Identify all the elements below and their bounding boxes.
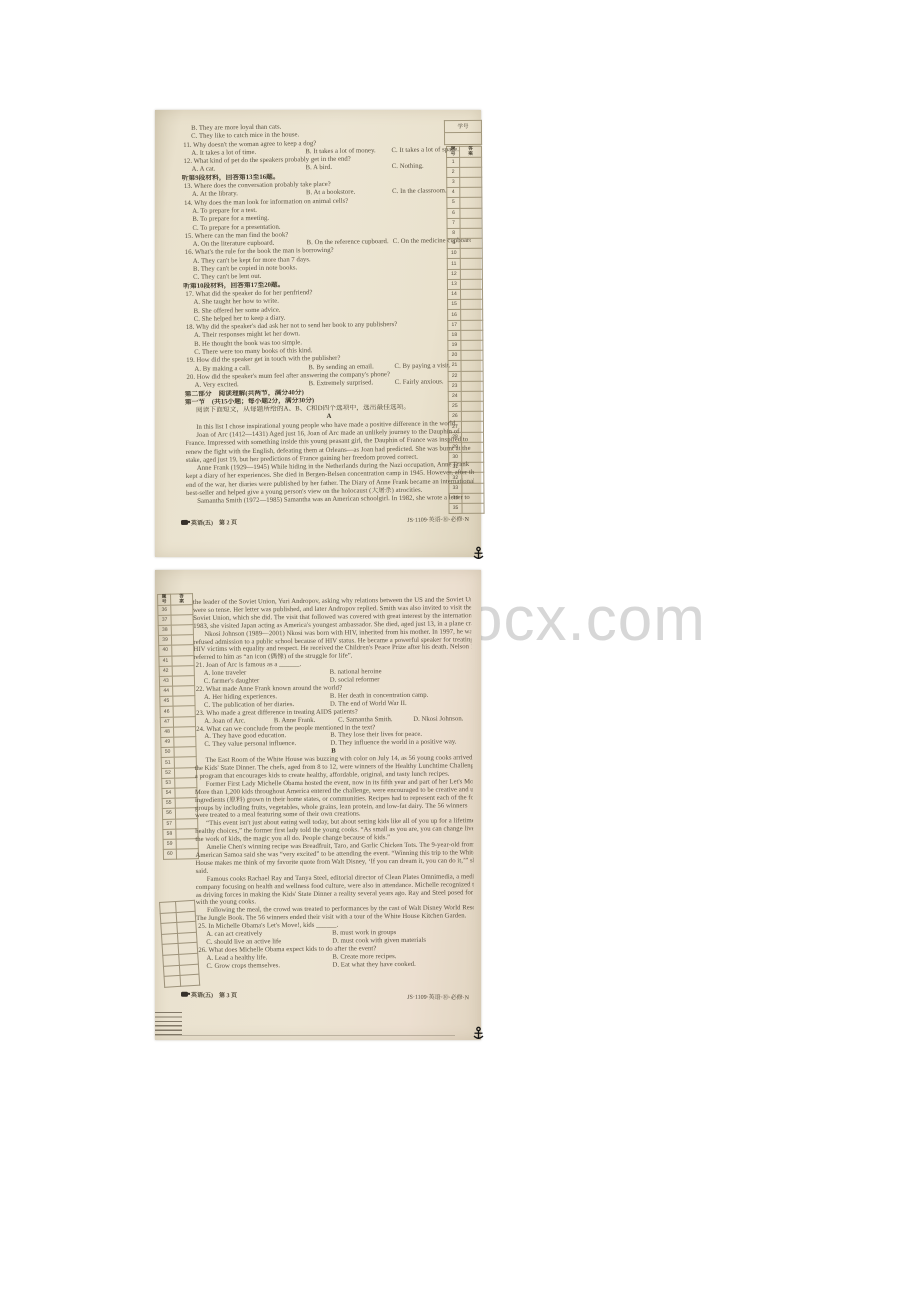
footer-left: 英语(五) 第 3 页 <box>181 990 237 999</box>
option-text: B. Anne Frank. <box>274 716 338 725</box>
question-number-cell: 59 <box>163 839 176 849</box>
question-number-cell: 57 <box>163 819 176 829</box>
question-number-cell: 46 <box>160 707 173 717</box>
answer-blank-cell <box>171 604 193 615</box>
blank-answer-grid <box>159 900 200 988</box>
answer-blank-cell <box>174 727 196 738</box>
answer-blank-cell <box>173 686 195 697</box>
option-text: D. Eat what they have cooked. <box>332 960 474 969</box>
option-text: C. They value personal influence. <box>204 740 330 749</box>
option-text: C. Grow crops themselves. <box>206 961 332 970</box>
question-number-cell: 39 <box>158 635 171 645</box>
question-number-cell: 41 <box>159 656 172 666</box>
question-number-cell: 45 <box>160 696 173 706</box>
answer-blank-cell <box>175 788 197 799</box>
question-number-cell: 50 <box>161 747 174 757</box>
option-text: B. On the reference cupboard. <box>307 238 393 247</box>
answer-blank-cell <box>174 747 196 758</box>
question-number-cell: 54 <box>162 788 175 798</box>
answer-blank-cell <box>173 696 195 707</box>
question-number-cell: 52 <box>161 768 174 778</box>
paper-edge-line <box>155 1035 455 1036</box>
binding-stripes <box>155 1012 182 1035</box>
footer-page-label: 英语(五) 第 2 页 <box>191 517 237 527</box>
question-number-cell: 47 <box>160 717 173 727</box>
answer-blank-cell <box>171 614 193 625</box>
option-text: C. Samantha Smith. <box>338 715 413 724</box>
image-anchor-icon <box>472 1026 485 1041</box>
exam-scan-page-1[interactable]: 学号 题号答案123456789101112131415161718192021… <box>155 110 481 557</box>
question-number-cell: 49 <box>161 737 174 747</box>
answer-blank-cell <box>174 737 196 748</box>
site-watermark: ocx.com <box>468 584 706 655</box>
question-number-cell: 38 <box>158 625 171 635</box>
question-number-cell: 48 <box>161 727 174 737</box>
option-text: C. In the classroom. <box>392 187 470 196</box>
publisher-logo-icon <box>181 992 188 997</box>
question-number-cell: 56 <box>162 808 175 818</box>
text-line: C. Grow crops themselves.D. Eat what the… <box>196 960 474 971</box>
page-footer: 英语(五) 第 2 页 JS·1109·英语·⑩·必修·N <box>181 514 469 527</box>
exam-text-page-2: the leader of the Soviet Union, Yuri And… <box>193 596 475 970</box>
blank-cell <box>164 976 181 988</box>
option-text: D. Nkosi Johnson. <box>413 715 472 723</box>
answer-blank-cell <box>175 777 197 788</box>
exam-scan-page-2[interactable]: 题号答案363738394041424344454647484950515253… <box>155 570 481 1040</box>
answer-blank-cell <box>171 635 193 646</box>
answer-blank-cell <box>462 503 484 513</box>
option-text: C. It takes a lot of space. <box>391 146 469 155</box>
footer-paper-code: JS·1109·英语·⑩·必修·N <box>407 514 469 524</box>
footer-left: 英语(五) 第 2 页 <box>181 517 237 527</box>
answer-blank-cell <box>172 676 194 687</box>
option-text: C. Nothing. <box>392 162 470 171</box>
answer-blank-cell <box>173 706 195 717</box>
option-text: D. They influence the world in a positiv… <box>330 739 472 748</box>
answer-blank-cell <box>174 767 196 778</box>
question-number-cell: 36 <box>158 605 171 615</box>
option-text: D. social reformer <box>330 675 472 684</box>
option-text: A. Joan of Arc. <box>204 717 274 726</box>
answer-blank-cell <box>171 625 193 636</box>
option-text: B. At a bookstore. <box>306 188 392 197</box>
option-text: C. By paying a visit. <box>394 362 472 371</box>
answer-grid-header: 题号 <box>158 594 171 605</box>
question-number-cell: 55 <box>162 798 175 808</box>
question-number-cell: 60 <box>163 849 176 859</box>
option-text: C. On the medicine cupboard. <box>393 237 471 246</box>
answer-blank-cell <box>172 655 194 666</box>
question-number-cell: 53 <box>162 778 175 788</box>
question-number-cell: 51 <box>161 758 174 768</box>
question-number-cell: 43 <box>159 676 172 686</box>
question-number-cell: 58 <box>163 829 176 839</box>
option-text: B. A bird. <box>306 164 392 173</box>
question-number-cell: 44 <box>160 686 173 696</box>
exam-text-page-1: B. They are more loyal than cats.C. They… <box>181 121 474 507</box>
answer-blank-cell <box>174 757 196 768</box>
question-number-cell: 40 <box>159 646 172 656</box>
option-text: C. Fairly anxious. <box>395 378 473 387</box>
question-number-cell: 35 <box>449 503 462 513</box>
answer-blank-cell <box>172 665 194 676</box>
answer-blank-cell <box>173 716 195 727</box>
blank-cell <box>180 974 200 986</box>
footer-paper-code: JS·1109·英语·⑩·必修·N <box>407 992 469 1002</box>
page-footer: 英语(五) 第 3 页 JS·1109·英语·⑩·必修·N <box>181 990 469 1002</box>
answer-grid-header: 答案 <box>171 594 193 605</box>
footer-page-label: 英语(五) 第 3 页 <box>191 990 237 999</box>
question-number-cell: 37 <box>158 615 171 625</box>
question-number-cell: 42 <box>159 666 172 676</box>
option-text: D. must cook with given materials <box>332 936 474 945</box>
answer-blank-cell <box>172 645 194 656</box>
option-text: D. The end of World War II. <box>330 699 472 708</box>
option-text: B. Extremely surprised. <box>309 379 395 388</box>
image-anchor-icon <box>472 546 485 561</box>
publisher-logo-icon <box>181 520 188 525</box>
